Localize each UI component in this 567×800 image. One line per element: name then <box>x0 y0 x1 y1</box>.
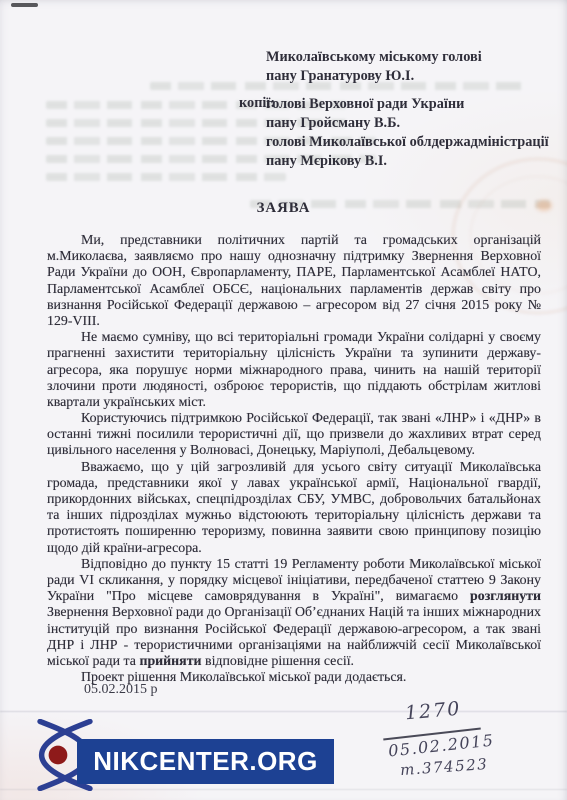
copies-line: голові Верховної ради України <box>266 95 549 114</box>
recipient-line: пану Гранатурову Ю.І. <box>266 67 482 86</box>
paragraph-1: Ми, представники політичних партій та гр… <box>47 233 541 330</box>
scanned-letter-page: Миколаївському міському голові пану Гран… <box>0 0 567 800</box>
recipient-line: Миколаївському міському голові <box>266 48 482 67</box>
paragraph-5: Відповідно до пункту 15 статті 19 Реглам… <box>47 557 541 670</box>
staple-mark <box>11 3 38 7</box>
paragraph-5-demand-2: прийняти <box>139 654 201 669</box>
handwritten-note: т.374523 <box>399 755 488 779</box>
bleedthrough-line <box>46 173 286 181</box>
copies-line: пану Мєрікову В.І. <box>266 152 549 171</box>
nikcenter-watermark-text: NIKCENTER.ORG <box>93 746 318 777</box>
recipient-block: Миколаївському міському голові пану Гран… <box>266 48 482 86</box>
copies-line: пану Гройсману В.Б. <box>266 114 549 133</box>
nikcenter-watermark: NIKCENTER.ORG <box>77 739 334 784</box>
copies-block: голові Верховної ради України пану Гройс… <box>266 95 549 171</box>
document-date: 05.02.2015 р <box>84 682 158 698</box>
paragraph-4: Вважаємо, що у цій загрозливій для усьог… <box>47 460 541 557</box>
copies-line: голові Миколаївської облдержадміністраці… <box>266 133 549 152</box>
paragraph-5-demand-1: розглянути <box>470 589 541 604</box>
paper-crease <box>0 711 567 712</box>
document-body: Ми, представники політичних партій та гр… <box>47 233 541 686</box>
paragraph-5-text: Відповідно до пункту 15 статті 19 Реглам… <box>47 557 541 604</box>
paragraph-3: Користуючись підтримкою Російської Федер… <box>47 411 541 460</box>
document-title: ЗАЯВА <box>0 200 567 217</box>
paragraph-2: Не маємо сумніву, що всі територіальні г… <box>47 330 541 411</box>
handwritten-reg-number: 1270 <box>404 698 462 725</box>
paragraph-5-text: відповідне рішення сесії. <box>202 654 355 669</box>
